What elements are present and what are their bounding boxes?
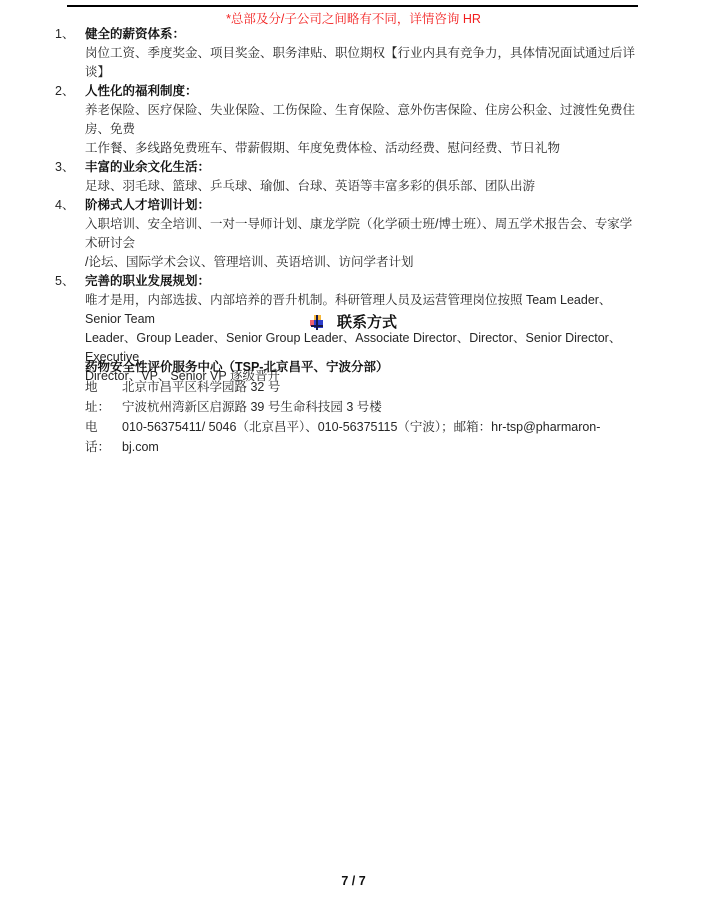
list-item: 1、 健全的薪资体系： 岗位工资、季度奖金、项目奖金、职务津贴、职位期权【行业内… [55, 25, 641, 82]
item-number: 2、 [55, 82, 85, 101]
contact-block: 药物安全性评价服务中心（TSP-北京昌平、宁波分部） 地址： 北京市昌平区科学园… [85, 357, 630, 457]
document-page: *总部及分/子公司之间略有不同，详情咨询 HR 1、 健全的薪资体系： 岗位工资… [0, 0, 707, 913]
item-line: 足球、羽毛球、篮球、乒乓球、瑜伽、台球、英语等丰富多彩的俱乐部、团队出游 [85, 177, 641, 196]
item-title: 人性化的福利制度： [85, 82, 641, 101]
item-number: 3、 [55, 158, 85, 177]
address-line: 北京市昌平区科学园路 32 号 [122, 377, 630, 397]
item-title: 完善的职业发展规划： [85, 272, 641, 291]
contact-address-row: 地址： 北京市昌平区科学园路 32 号 宁波杭州湾新区启源路 39 号生命科技园… [85, 377, 630, 417]
header-rule [67, 5, 638, 7]
list-item: 2、 人性化的福利制度： 养老保险、医疗保险、失业保险、工伤保险、生育保险、意外… [55, 82, 641, 158]
item-line: 工作餐、多线路免费班车、带薪假期、年度免费体检、活动经费、慰问经费、节日礼物 [85, 139, 641, 158]
item-line: 岗位工资、季度奖金、项目奖金、职务津贴、职位期权【行业内具有竞争力，具体情况面试… [85, 44, 641, 82]
item-title: 丰富的业余文化生活： [85, 158, 641, 177]
item-title: 健全的薪资体系： [85, 25, 641, 44]
phone-label: 电话： [85, 417, 122, 457]
page-number: 7 / 7 [0, 874, 707, 888]
address-line: 宁波杭州湾新区启源路 39 号生命科技园 3 号楼 [122, 397, 630, 417]
contact-dept-name: 药物安全性评价服务中心（TSP-北京昌平、宁波分部） [85, 357, 630, 377]
item-line: 养老保险、医疗保险、失业保险、工伤保险、生育保险、意外伤害保险、住房公积金、过渡… [85, 101, 641, 139]
item-number: 1、 [55, 25, 85, 44]
address-label: 地址： [85, 377, 122, 417]
item-line: /论坛、国际学术会议、管理培训、英语培训、访问学者计划 [85, 253, 641, 272]
contact-section-heading: 联系方式 [0, 314, 707, 332]
sparkle-icon [310, 315, 324, 331]
item-line: 入职培训、安全培训、一对一导师计划、康龙学院（化学硕士班/博士班）、周五学术报告… [85, 215, 641, 253]
contact-heading-label: 联系方式 [337, 314, 397, 332]
item-number: 5、 [55, 272, 85, 291]
contact-phone-row: 电话： 010-56375411/ 5046（北京昌平）、010-5637511… [85, 417, 630, 457]
item-title: 阶梯式人才培训计划： [85, 196, 641, 215]
list-item: 3、 丰富的业余文化生活： 足球、羽毛球、篮球、乒乓球、瑜伽、台球、英语等丰富多… [55, 158, 641, 196]
phone-email-text: 010-56375411/ 5046（北京昌平）、010-56375115（宁波… [122, 417, 630, 457]
item-number: 4、 [55, 196, 85, 215]
list-item: 4、 阶梯式人才培训计划： 入职培训、安全培训、一对一导师计划、康龙学院（化学硕… [55, 196, 641, 272]
